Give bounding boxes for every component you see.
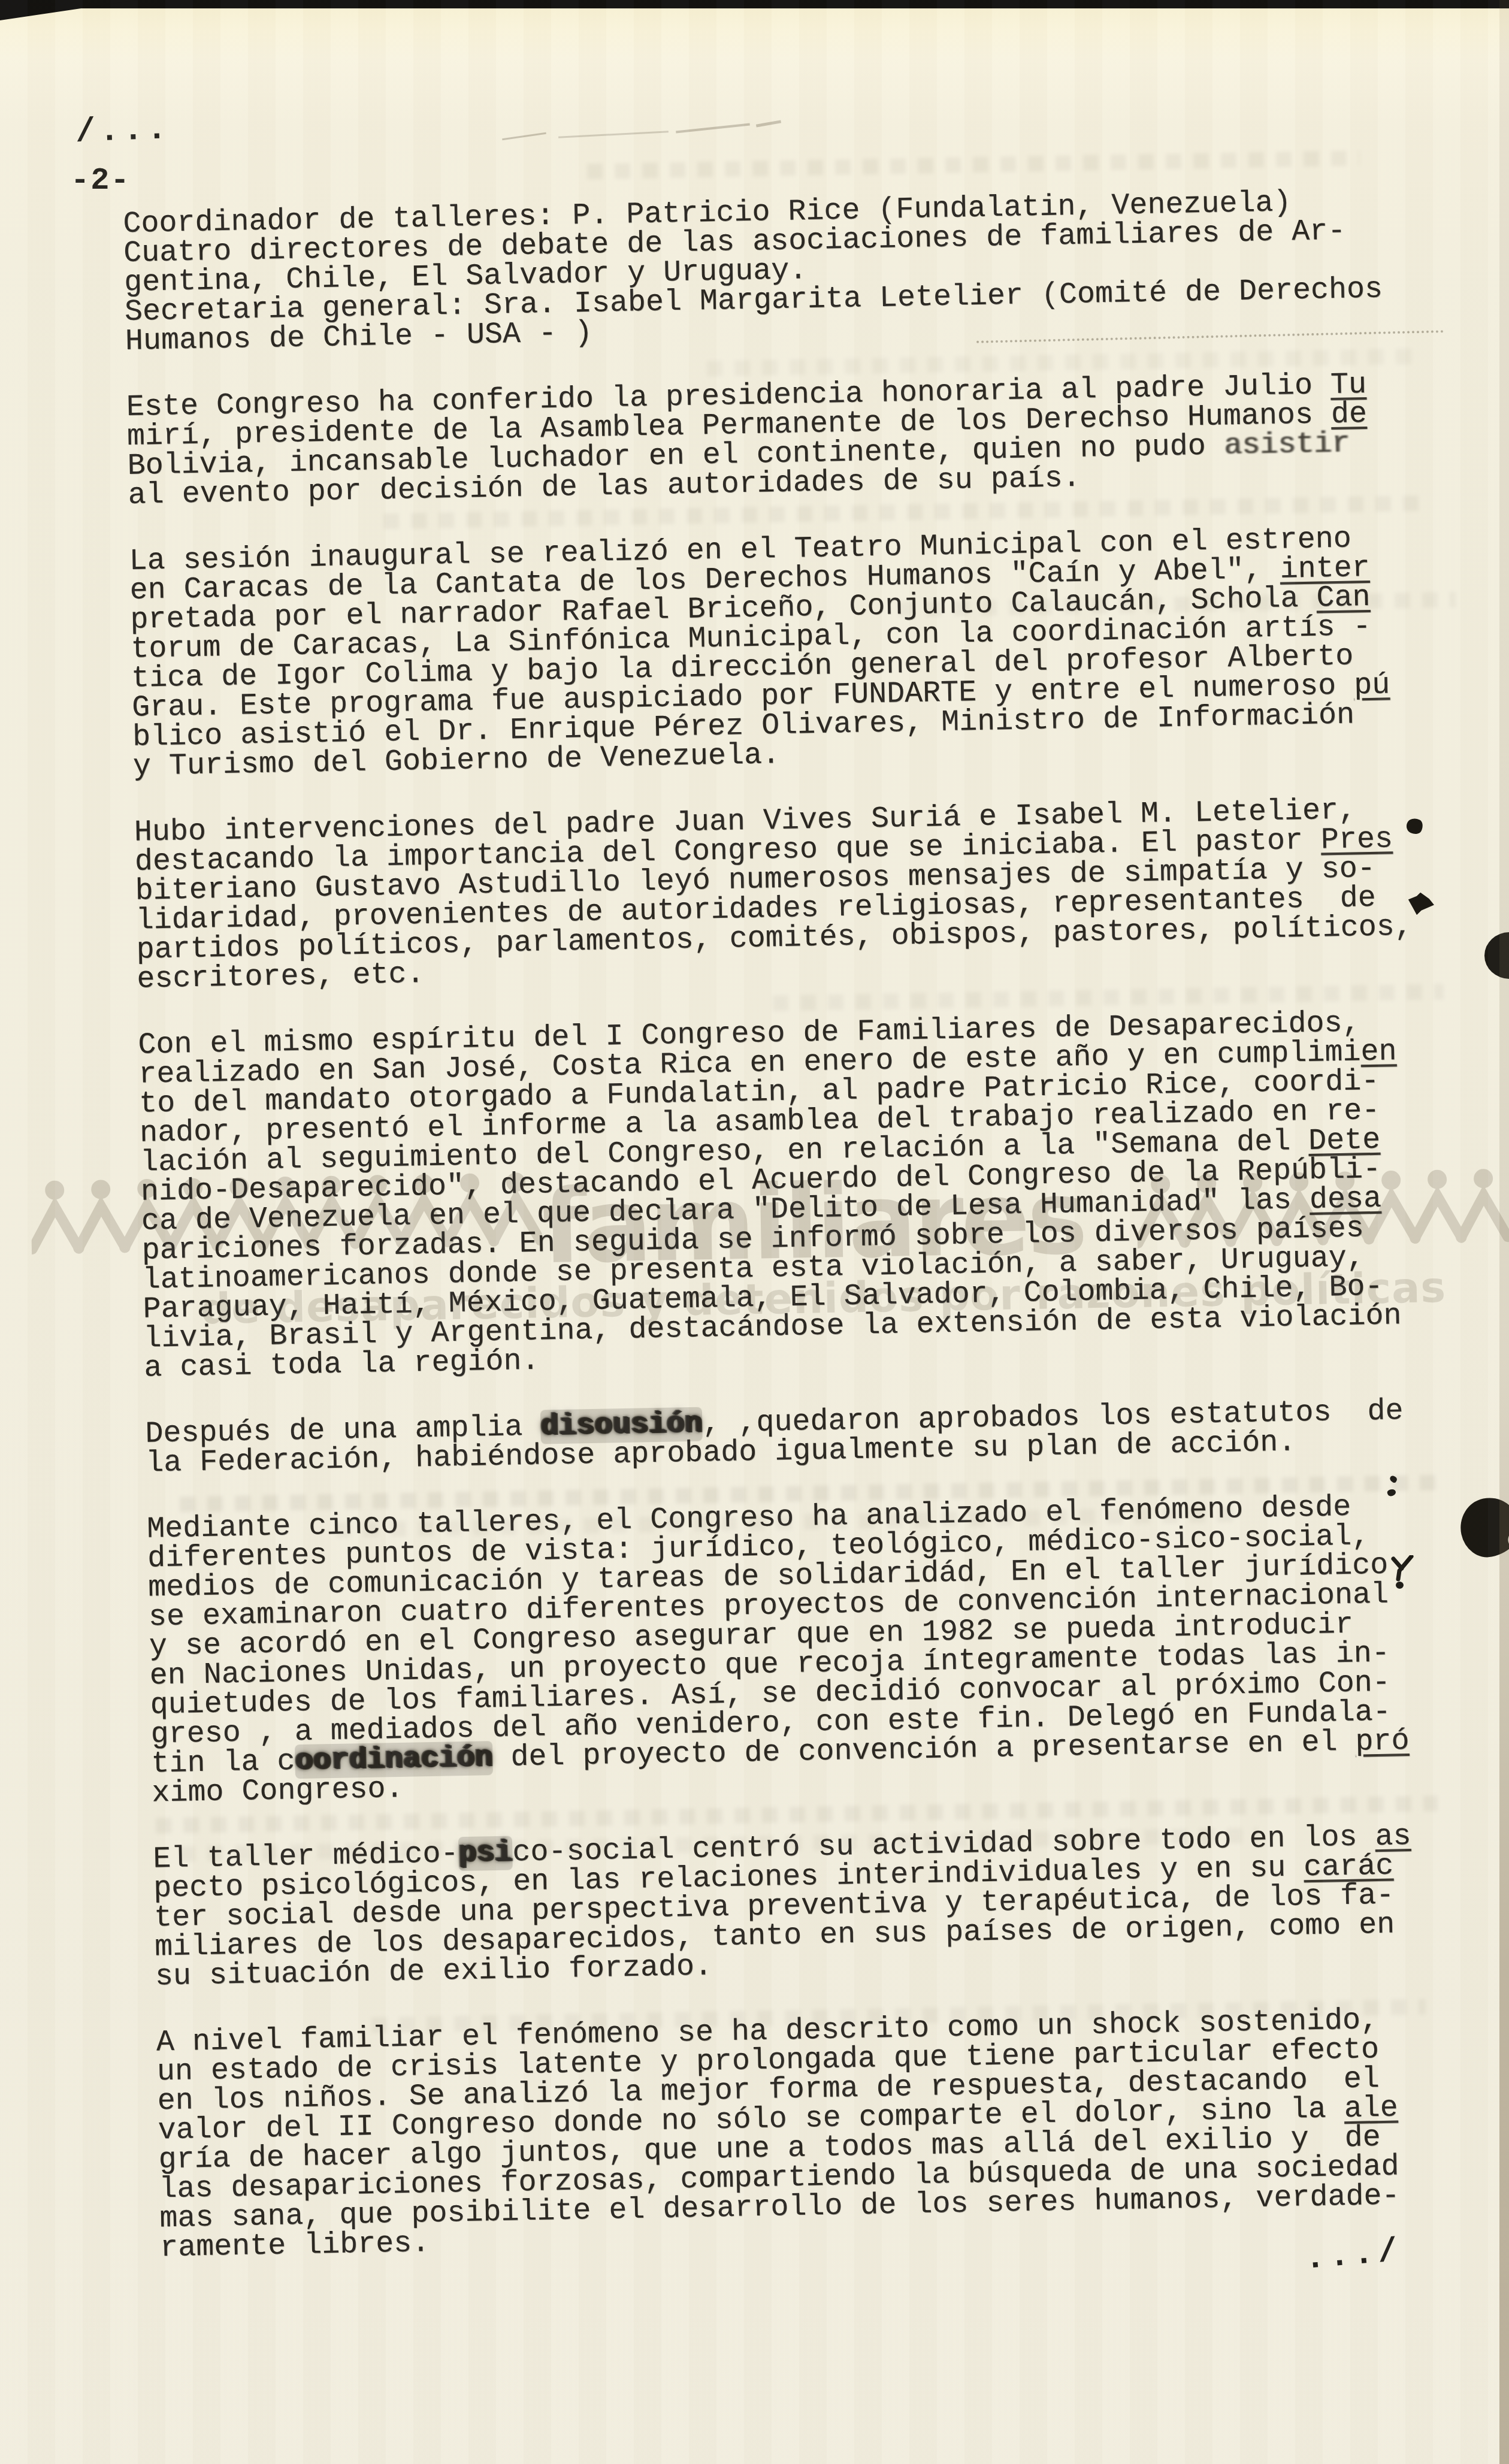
paragraph: A nivel familiar el fenómeno se ha descr…: [156, 2003, 1509, 2263]
pencil-scribble: [502, 132, 546, 140]
paragraph: Este Congreso ha conferido la presidenci…: [126, 368, 1494, 510]
pencil-scribble: [756, 120, 781, 127]
paragraph: El taller médico-psico-social centró su …: [153, 1820, 1509, 1992]
ink-speck: [1396, 1582, 1404, 1589]
paragraph: Con el mismo espíritu del I Congreso de …: [138, 1006, 1509, 1383]
paragraph: Coordinador de talleres: P. Patricio Ric…: [123, 185, 1491, 356]
paragraph: La sesión inaugural se realizó en el Tea…: [129, 522, 1499, 782]
document-text: Coordinador de talleres: P. Patricio Ric…: [123, 185, 1509, 2263]
page-number: -2-: [71, 163, 131, 198]
pencil-scribble: [676, 123, 750, 134]
showthrough-text: [587, 150, 1360, 180]
pencil-scribble: [558, 131, 669, 138]
paragraph: Después de una amplia disousión, ,quedar…: [145, 1395, 1509, 1479]
paragraph: Hubo intervenciones del padre Juan Vives…: [134, 793, 1503, 994]
handwritten-y-mark: [1391, 1555, 1415, 1582]
scanner-edge-wedge-left: [0, 0, 138, 20]
scanner-edge-bar: [0, 0, 1509, 8]
continuation-mark-top: /...: [75, 110, 171, 151]
page-edge-shadow: [1499, 0, 1509, 2464]
scanned-document-page: familiares de desaparecidos y detenidos …: [0, 0, 1509, 2464]
paragraph: Mediante cinco talleres, el Congreso ha …: [147, 1490, 1509, 1809]
